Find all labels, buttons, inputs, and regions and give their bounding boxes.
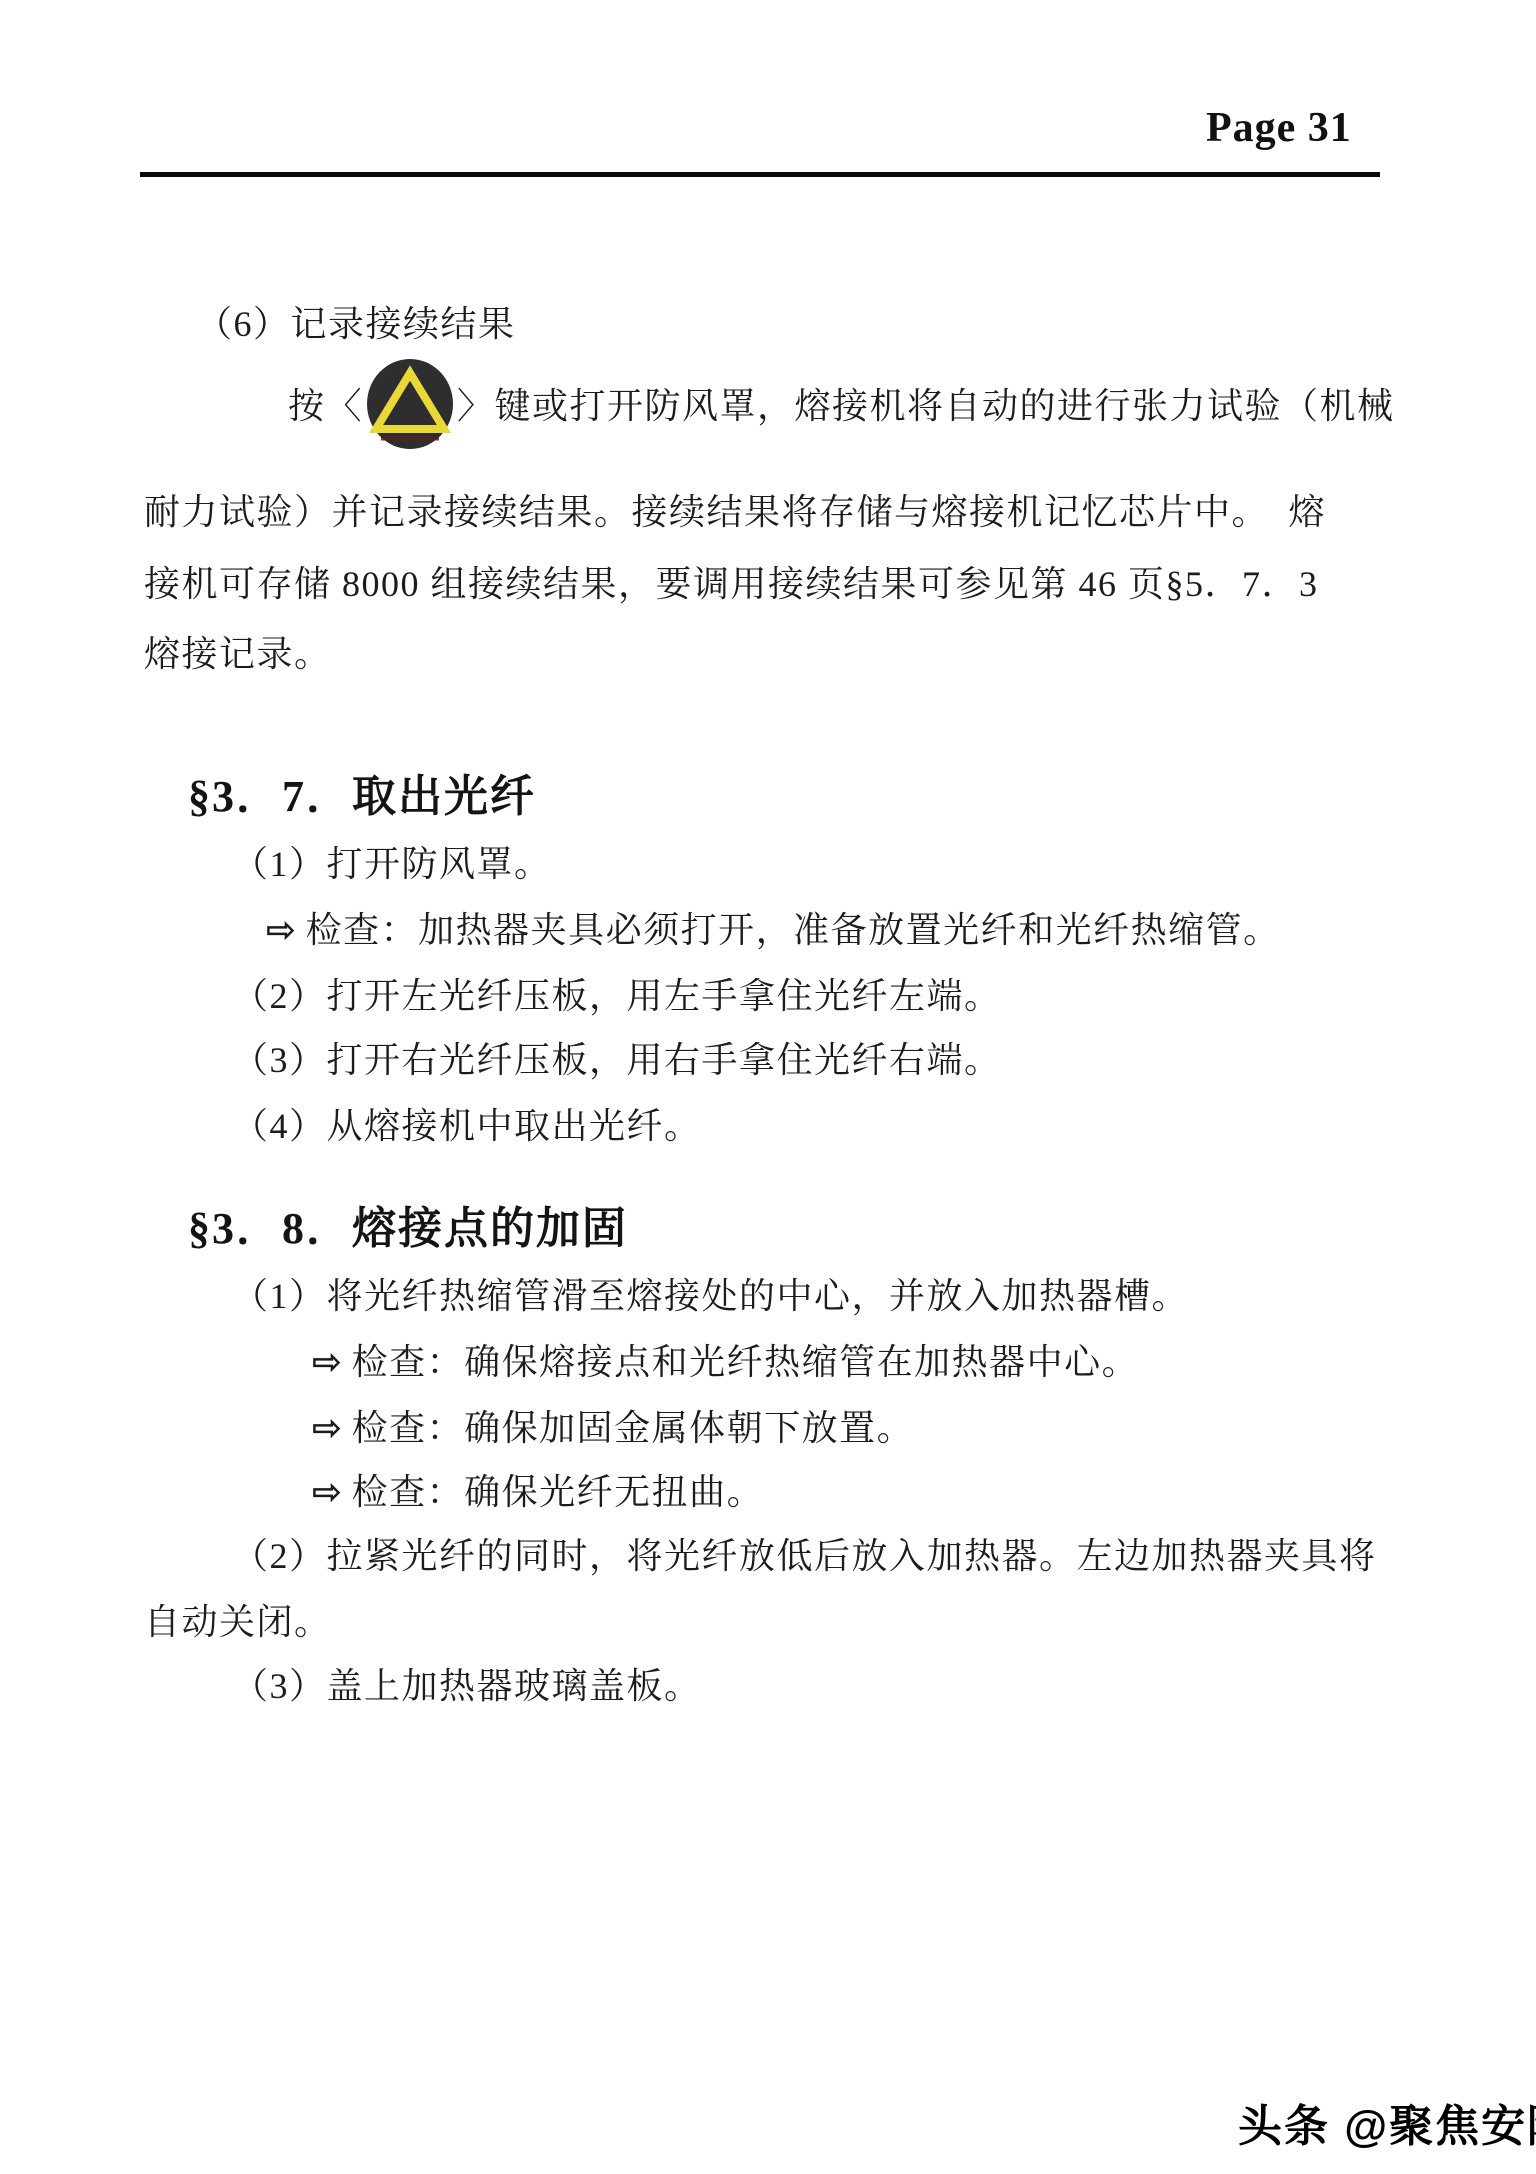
section-heading-3-7: §3．7．取出光纤 — [188, 760, 536, 824]
watermark-text: 头条 @聚焦安防 — [1238, 2090, 1536, 2154]
list-item: （1）打开防风罩。 — [232, 836, 552, 887]
press-prefix-text: 按〈 — [288, 378, 363, 429]
page-number: Page 31 — [1206, 104, 1352, 152]
check-item: ⇨检查：确保光纤无扭曲。 — [312, 1464, 764, 1515]
check-item: ⇨检查：确保加固金属体朝下放置。 — [312, 1400, 914, 1451]
document-page: Page 31 （6）记录接续结果 按〈〉键或打开防风罩，熔接机将自动的进行张力… — [0, 0, 1536, 2174]
check-item-text: 检查：确保加固金属体朝下放置。 — [352, 1408, 915, 1448]
paragraph-line: 接机可存储 8000 组接续结果，要调用接续结果可参见第 46 页§5．7．3 — [144, 556, 1319, 607]
press-key-paragraph-line: 按〈〉键或打开防风罩，熔接机将自动的进行张力试验（机械 — [288, 354, 1395, 446]
list-item: （4）从熔接机中取出光纤。 — [232, 1098, 702, 1149]
check-item: ⇨检查：确保熔接点和光纤热缩管在加热器中心。 — [312, 1334, 1139, 1385]
paragraph-line: 耐力试验）并记录接续结果。接续结果将存储与熔接机记忆芯片中。 熔 — [144, 484, 1326, 535]
check-item: ⇨检查：加热器夹具必须打开，准备放置光纤和光纤热缩管。 — [266, 902, 1281, 953]
list-item: （3）盖上加热器玻璃盖板。 — [232, 1658, 702, 1709]
check-item-text: 检查：确保熔接点和光纤热缩管在加热器中心。 — [352, 1342, 1140, 1382]
check-arrow-icon: ⇨ — [266, 910, 298, 951]
list-item: （2）打开左光纤压板，用左手拿住光纤左端。 — [232, 968, 1002, 1019]
list-item: （2）拉紧光纤的同时，将光纤放低后放入加热器。左边加热器夹具将 — [232, 1528, 1377, 1579]
check-arrow-icon: ⇨ — [312, 1342, 344, 1383]
list-item-continuation: 自动关闭。 — [144, 1594, 332, 1645]
list-item: （1）将光纤热缩管滑至熔接处的中心，并放入加热器槽。 — [232, 1268, 1189, 1319]
press-suffix-text: 〉键或打开防风罩，熔接机将自动的进行张力试验（机械 — [457, 378, 1395, 429]
check-item-text: 检查：确保光纤无扭曲。 — [352, 1472, 765, 1512]
section-heading-3-8: §3．8．熔接点的加固 — [188, 1192, 628, 1256]
list-item: （3）打开右光纤压板，用右手拿住光纤右端。 — [232, 1032, 1002, 1083]
paragraph-line: 熔接记录。 — [144, 626, 332, 677]
check-item-text: 检查：加热器夹具必须打开，准备放置光纤和光纤热缩管。 — [306, 910, 1281, 950]
header-rule — [140, 172, 1380, 177]
item-6-label: （6）记录接续结果 — [196, 296, 516, 347]
check-arrow-icon: ⇨ — [312, 1408, 344, 1449]
check-arrow-icon: ⇨ — [312, 1472, 344, 1513]
triangle-key-icon — [366, 358, 454, 450]
